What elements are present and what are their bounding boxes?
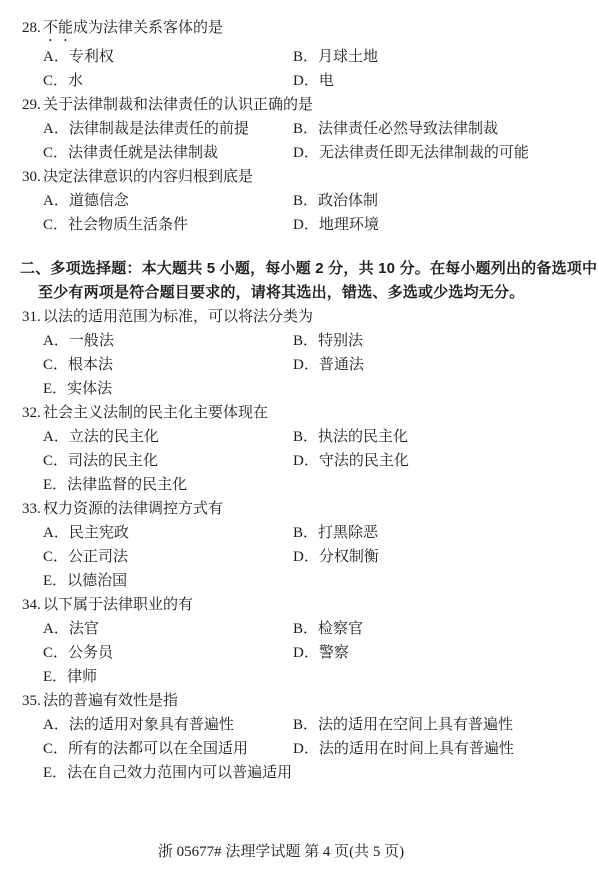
question-31-option-c: C．根本法 xyxy=(43,353,293,377)
question-28-number: 28. xyxy=(22,16,43,40)
question-34: 34.以下属于法律职业的有 A．法官 B．检察官 C．公务员 D．警察 E．律师 xyxy=(0,593,599,689)
question-34-option-c: C．公务员 xyxy=(43,641,293,665)
question-28-options: A．专利权 B．月球土地 C．水 D．电 xyxy=(0,45,599,93)
question-30-option-a: A．道德信念 xyxy=(43,189,293,213)
section-2-header-line1: 二、多项选择题：本大题共 5 小题，每小题 2 分，共 10 分。在每小题列出的… xyxy=(0,257,599,281)
question-29-option-d: D．无法律责任即无法律制裁的可能 xyxy=(293,141,599,165)
question-35-stem: 35.法的普遍有效性是指 xyxy=(0,689,599,713)
question-31-stem: 31.以法的适用范围为标准，可以将法分类为 xyxy=(0,305,599,329)
question-29-stem-text: 关于法律制裁和法律责任的认识正确的是 xyxy=(43,97,313,113)
question-30-option-c: C．社会物质生活条件 xyxy=(43,213,293,237)
question-32-options: A．立法的民主化 B．执法的民主化 C．司法的民主化 D．守法的民主化 E．法律… xyxy=(0,425,599,497)
question-30-option-d: D．地理环境 xyxy=(293,213,599,237)
question-29-option-c: C．法律责任就是法律制裁 xyxy=(43,141,293,165)
section-2-label: 二、 xyxy=(20,260,50,277)
question-33: 33.权力资源的法律调控方式有 A．民主宪政 B．打黑除恶 C．公正司法 D．分… xyxy=(0,497,599,593)
question-31-option-a: A．一般法 xyxy=(43,329,293,353)
question-34-options: A．法官 B．检察官 C．公务员 D．警察 E．律师 xyxy=(0,617,599,689)
question-34-stem-text: 以下属于法律职业的有 xyxy=(43,597,193,613)
question-35-option-d: D．法的适用在时间上具有普遍性 xyxy=(293,737,599,761)
question-31-option-b: B．特别法 xyxy=(293,329,599,353)
question-28-stem-text: 成为法律关系客体的是 xyxy=(73,20,223,36)
question-35-options: A．法的适用对象具有普遍性 B．法的适用在空间上具有普遍性 C．所有的法都可以在… xyxy=(0,713,599,785)
question-32-option-b: B．执法的民主化 xyxy=(293,425,599,449)
question-32-option-e: E．法律监督的民主化 xyxy=(43,473,599,497)
question-34-number: 34. xyxy=(22,593,43,617)
question-33-options: A．民主宪政 B．打黑除恶 C．公正司法 D．分权制衡 E．以德治国 xyxy=(0,521,599,593)
question-31: 31.以法的适用范围为标准，可以将法分类为 A．一般法 B．特别法 C．根本法 … xyxy=(0,305,599,401)
question-29-stem: 29.关于法律制裁和法律责任的认识正确的是 xyxy=(0,93,599,117)
section-2-header: 二、多项选择题：本大题共 5 小题，每小题 2 分，共 10 分。在每小题列出的… xyxy=(0,257,599,305)
question-30: 30.决定法律意识的内容归根到底是 A．道德信念 B．政治体制 C．社会物质生活… xyxy=(0,165,599,237)
question-30-options: A．道德信念 B．政治体制 C．社会物质生活条件 D．地理环境 xyxy=(0,189,599,237)
question-33-option-a: A．民主宪政 xyxy=(43,521,293,545)
question-32-option-d: D．守法的民主化 xyxy=(293,449,599,473)
question-30-stem-text: 决定法律意识的内容归根到底是 xyxy=(43,169,253,185)
section-2-header-line2: 至少有两项是符合题目要求的，请将其选出，错选、多选或少选均无分。 xyxy=(0,281,599,305)
question-33-stem: 33.权力资源的法律调控方式有 xyxy=(0,497,599,521)
question-33-option-d: D．分权制衡 xyxy=(293,545,599,569)
question-29: 29.关于法律制裁和法律责任的认识正确的是 A．法律制裁是法律责任的前提 B．法… xyxy=(0,93,599,165)
question-31-number: 31. xyxy=(22,305,43,329)
question-34-option-a: A．法官 xyxy=(43,617,293,641)
question-31-stem-text: 以法的适用范围为标准，可以将法分类为 xyxy=(43,309,313,325)
question-29-options: A．法律制裁是法律责任的前提 B．法律责任必然导致法律制裁 C．法律责任就是法律… xyxy=(0,117,599,165)
question-35-option-a: A．法的适用对象具有普遍性 xyxy=(43,713,293,737)
question-33-option-e: E．以德治国 xyxy=(43,569,599,593)
question-30-option-b: B．政治体制 xyxy=(293,189,599,213)
question-28-option-a: A．专利权 xyxy=(43,45,293,69)
question-34-stem: 34.以下属于法律职业的有 xyxy=(0,593,599,617)
question-32-stem-text: 社会主义法制的民主化主要体现在 xyxy=(43,405,268,421)
question-33-option-b: B．打黑除恶 xyxy=(293,521,599,545)
question-31-option-e: E．实体法 xyxy=(43,377,599,401)
question-31-option-d: D．普通法 xyxy=(293,353,599,377)
question-32-option-a: A．立法的民主化 xyxy=(43,425,293,449)
question-33-number: 33. xyxy=(22,497,43,521)
question-28: 28.不能成为法律关系客体的是 A．专利权 B．月球土地 C．水 D．电 xyxy=(0,16,599,93)
question-34-option-d: D．警察 xyxy=(293,641,599,665)
question-29-option-b: B．法律责任必然导致法律制裁 xyxy=(293,117,599,141)
question-32-stem: 32.社会主义法制的民主化主要体现在 xyxy=(0,401,599,425)
question-29-number: 29. xyxy=(22,93,43,117)
question-35-option-b: B．法的适用在空间上具有普遍性 xyxy=(293,713,599,737)
question-35: 35.法的普遍有效性是指 A．法的适用对象具有普遍性 B．法的适用在空间上具有普… xyxy=(0,689,599,785)
page-footer: 浙 05677# 法理学试题 第 4 页(共 5 页) xyxy=(0,840,599,864)
question-28-option-b: B．月球土地 xyxy=(293,45,599,69)
question-31-options: A．一般法 B．特别法 C．根本法 D．普通法 E．实体法 xyxy=(0,329,599,401)
question-34-option-e: E．律师 xyxy=(43,665,599,689)
question-34-option-b: B．检察官 xyxy=(293,617,599,641)
question-33-stem-text: 权力资源的法律调控方式有 xyxy=(43,501,223,517)
exam-paper-page: 28.不能成为法律关系客体的是 A．专利权 B．月球土地 C．水 D．电 29.… xyxy=(0,0,599,873)
question-30-stem: 30.决定法律意识的内容归根到底是 xyxy=(0,165,599,189)
question-32: 32.社会主义法制的民主化主要体现在 A．立法的民主化 B．执法的民主化 C．司… xyxy=(0,401,599,497)
question-35-option-e: E．法在自己效力范围内可以普遍适用 xyxy=(43,761,599,785)
question-33-option-c: C．公正司法 xyxy=(43,545,293,569)
question-32-option-c: C．司法的民主化 xyxy=(43,449,293,473)
question-32-number: 32. xyxy=(22,401,43,425)
question-30-number: 30. xyxy=(22,165,43,189)
question-28-option-d: D．电 xyxy=(293,69,599,93)
section-2-title-text: 多项选择题：本大题共 5 小题，每小题 2 分，共 10 分。在每小题列出的备选… xyxy=(50,260,597,277)
question-29-option-a: A．法律制裁是法律责任的前提 xyxy=(43,117,293,141)
question-28-stem: 28.不能成为法律关系客体的是 xyxy=(0,16,599,45)
question-35-stem-text: 法的普遍有效性是指 xyxy=(43,693,178,709)
question-28-stem-emphasis: 不能 xyxy=(43,20,73,36)
question-35-option-c: C．所有的法都可以在全国适用 xyxy=(43,737,293,761)
question-28-option-c: C．水 xyxy=(43,69,293,93)
question-35-number: 35. xyxy=(22,689,43,713)
